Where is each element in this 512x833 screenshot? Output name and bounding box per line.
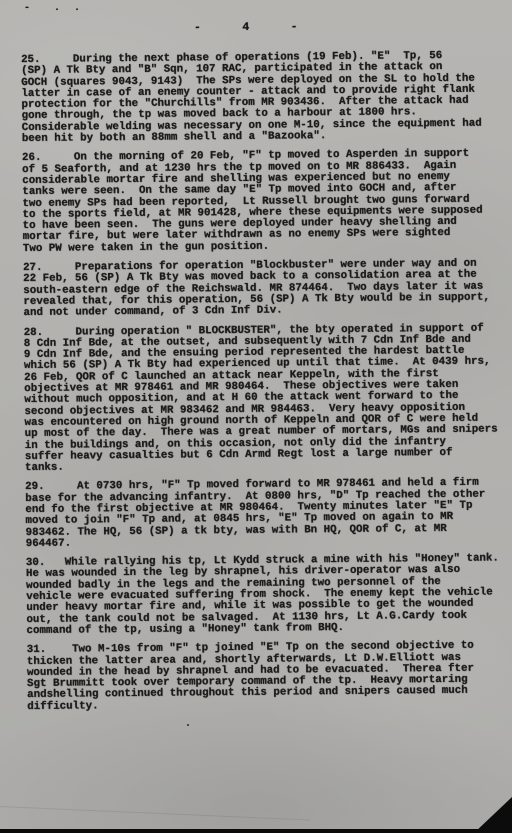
scan-edge-bottom <box>0 829 512 833</box>
scanned-document-page: - . . - 4 - 25. During the next phase of… <box>0 0 512 833</box>
paragraph-31: 31. Two M-10s from "F" tp joined "E" Tp … <box>27 641 512 713</box>
paper-fold-line <box>0 806 310 821</box>
paragraph-28: 28. During operation " BLOCKBUSTER", the… <box>24 323 511 475</box>
document-body: 25. During the next phase of operations … <box>21 50 512 721</box>
corner-pencil-marks: - . . <box>24 3 84 14</box>
ink-speck <box>187 724 189 726</box>
page-number: - 4 - <box>194 21 298 35</box>
paragraph-26: 26. On the morning of 20 Feb, "F" tp mov… <box>22 149 509 255</box>
paragraph-29: 29. At 0730 hrs, "F" Tp moved forward to… <box>25 478 512 550</box>
paragraph-30: 30. While rallying his tp, Lt Kydd struc… <box>26 553 512 637</box>
scan-corner-shadow <box>474 797 512 833</box>
paragraph-25: 25. During the next phase of operations … <box>21 50 508 145</box>
paragraph-27: 27. Preparations for operation "Blockbus… <box>23 258 510 319</box>
